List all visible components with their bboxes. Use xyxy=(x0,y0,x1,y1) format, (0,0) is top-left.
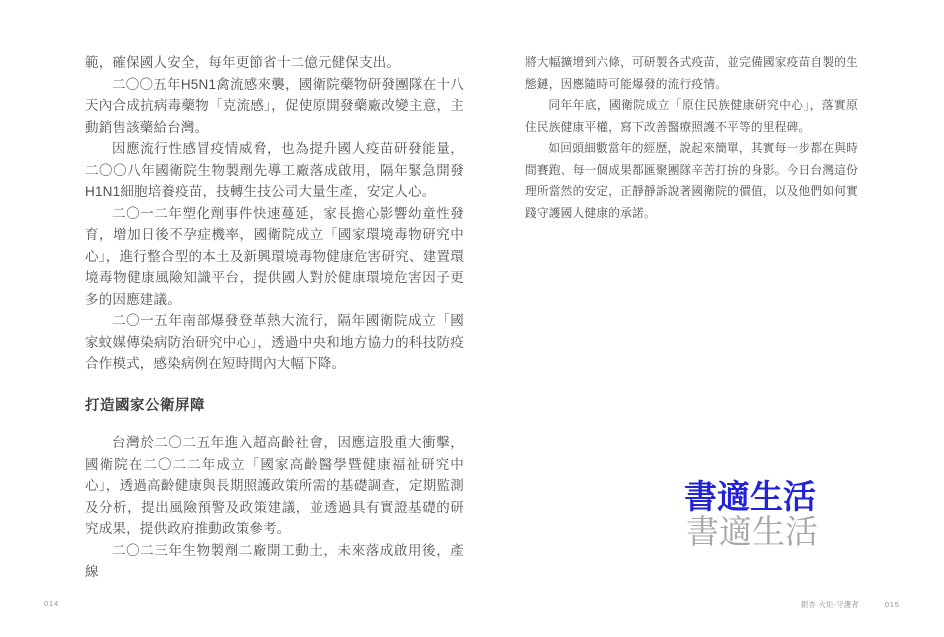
section-heading: 打造國家公衛屏障 xyxy=(85,396,464,418)
footer-right: 銀杏·火炬·守護者 015 xyxy=(801,600,900,610)
page-number-right: 015 xyxy=(885,600,900,609)
right-page-text-column: 將大幅擴增到六條，可研製各式疫苗，並完備國家疫苗自製的生態鏈，因應隨時可能爆發的… xyxy=(525,52,858,224)
page-number-left: 014 xyxy=(44,599,59,608)
paragraph: 二〇一五年南部爆發登革熱大流行，隔年國衛院成立「國家蚊媒傳染病防治研究中心」，透… xyxy=(85,310,464,375)
paragraph: 台灣於二〇二五年進入超高齡社會，因應這股重大衝擊，國衛院在二〇二二年成立「國家高… xyxy=(85,432,464,540)
watermark-gray: 書適生活 xyxy=(686,506,818,553)
paragraph: 範，確保國人安全，每年更節省十二億元健保支出。 xyxy=(85,52,464,74)
book-spread: 範，確保國人安全，每年更節省十二億元健保支出。二〇〇五年H5N1禽流感來襲，國衛… xyxy=(0,0,944,637)
paragraph: 二〇〇五年H5N1禽流感來襲，國衛院藥物研發團隊在十八天內合成抗病毒藥物「克流感… xyxy=(85,74,464,139)
chapter-title: 銀杏·火炬·守護者 xyxy=(801,600,859,610)
paragraph: 同年年底，國衛院成立「原住民族健康研究中心」，落實原住民族健康平權，寫下改善醫療… xyxy=(525,95,858,138)
paragraph: 二〇二三年生物製劑二廠開工動土，未來落成啟用後，產線 xyxy=(85,540,464,583)
paragraph: 二〇一二年塑化劑事件快速蔓延，家長擔心影響幼童性發育，增加日後不孕症機率，國衛院… xyxy=(85,203,464,311)
left-page-text-column: 範，確保國人安全，每年更節省十二億元健保支出。二〇〇五年H5N1禽流感來襲，國衛… xyxy=(85,52,464,583)
left-paragraphs-after-heading: 台灣於二〇二五年進入超高齡社會，因應這股重大衝擊，國衛院在二〇二二年成立「國家高… xyxy=(85,432,464,583)
paragraph: 將大幅擴增到六條，可研製各式疫苗，並完備國家疫苗自製的生態鏈，因應隨時可能爆發的… xyxy=(525,52,858,95)
paragraph: 因應流行性感冒疫情威脅，也為提升國人疫苗研發能量，二〇〇八年國衛院生物製劑先導工… xyxy=(85,138,464,203)
paragraph: 如回頭細數當年的經歷，說起來簡單，其實每一步都在與時間賽跑、每一個成果都匯聚團隊… xyxy=(525,138,858,224)
left-paragraphs-before-heading: 範，確保國人安全，每年更節省十二億元健保支出。二〇〇五年H5N1禽流感來襲，國衛… xyxy=(85,52,464,375)
right-paragraphs: 將大幅擴增到六條，可研製各式疫苗，並完備國家疫苗自製的生態鏈，因應隨時可能爆發的… xyxy=(525,52,858,224)
